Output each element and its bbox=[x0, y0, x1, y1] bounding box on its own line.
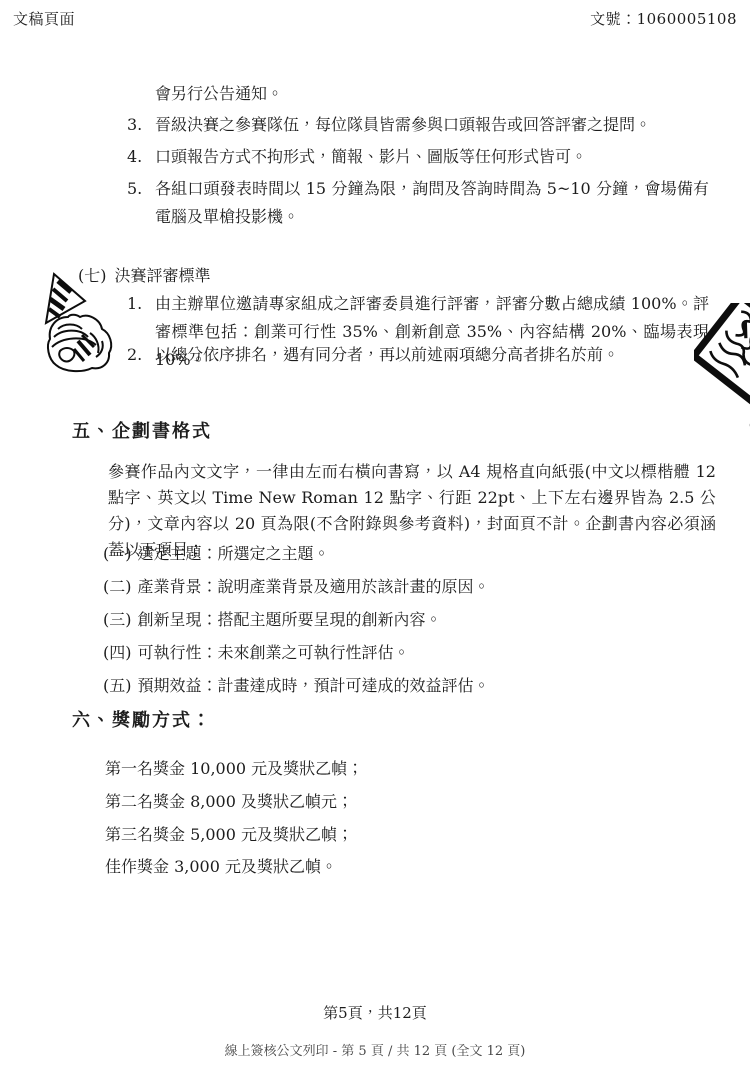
list-item: 3. 晉級決賽之參賽隊伍，每位隊員皆需參與口頭報告或回答評審之提問。 bbox=[127, 111, 709, 139]
prize-line: 佳作獎金 3,000 元及獎狀乙幀。 bbox=[105, 854, 337, 877]
header-doc-number: 文號：1060005108 bbox=[590, 8, 737, 29]
list-item-number: (五) bbox=[103, 672, 132, 700]
list-item-text: 以總分依序排名，遇有同分者，再以前述兩項總分高者排名於前。 bbox=[155, 341, 709, 369]
list-item: (四) 可執行性：未來創業之可執行性評估。 bbox=[103, 639, 410, 667]
list-item: 4. 口頭報告方式不拘形式，簡報、影片、圖版等任何形式皆可。 bbox=[127, 143, 709, 171]
list-item: (二) 產業背景：說明產業背景及適用於該計畫的原因。 bbox=[103, 573, 490, 601]
list-item-text: 創新呈現：搭配主題所要呈現的創新內容。 bbox=[138, 606, 442, 634]
section-heading: 五、企劃書格式 bbox=[72, 417, 212, 443]
prize-line: 第一名獎金 10,000 元及獎狀乙幀； bbox=[105, 756, 363, 779]
header-doc-type: 文稿頁面 bbox=[13, 8, 75, 29]
list-item: (一) 選定主題：所選定之主題。 bbox=[103, 540, 330, 568]
prize-line: 第三名獎金 5,000 元及獎狀乙幀； bbox=[105, 822, 353, 845]
list-item-text: 預期效益：計畫達成時，預計可達成的效益評估。 bbox=[138, 672, 490, 700]
footer-page-number: 第5頁，共12頁 bbox=[0, 1002, 750, 1023]
list-item-number: 3. bbox=[127, 111, 155, 139]
seal-stamp-right-icon bbox=[694, 303, 750, 438]
prize-line: 第二名獎金 8,000 及獎狀乙幀元； bbox=[105, 789, 353, 812]
list-item-number: (三) bbox=[103, 606, 132, 634]
list-item-text: 可執行性：未來創業之可執行性評估。 bbox=[138, 639, 410, 667]
continuation-line: 會另行公告通知。 bbox=[155, 80, 283, 108]
list-item-text: 選定主題：所選定之主題。 bbox=[138, 540, 330, 568]
list-item: (五) 預期效益：計畫達成時，預計可達成的效益評估。 bbox=[103, 672, 490, 700]
footer-print-info: 線上簽核公文列印 - 第 5 頁 / 共 12 頁 (全文 12 頁) bbox=[0, 1040, 750, 1059]
list-item-number: 2. bbox=[127, 341, 155, 369]
list-item-number: 4. bbox=[127, 143, 155, 171]
list-item-text: 產業背景：說明產業背景及適用於該計畫的原因。 bbox=[138, 573, 490, 601]
subsection-title: 決賽評審標準 bbox=[115, 262, 211, 290]
document-page: 文稿頁面 文號：1060005108 會另行公告通知。 3. 晉級決賽之參賽隊伍… bbox=[0, 0, 750, 1065]
list-item-number: (二) bbox=[103, 573, 132, 601]
list-item: 2. 以總分依序排名，遇有同分者，再以前述兩項總分高者排名於前。 bbox=[127, 341, 709, 369]
seal-stamp-left-icon bbox=[38, 271, 116, 375]
list-item-text: 各組口頭發表時間以 15 分鐘為限，詢問及答詢時間為 5~10 分鐘，會場備有電… bbox=[155, 175, 709, 231]
list-item-text: 口頭報告方式不拘形式，簡報、影片、圖版等任何形式皆可。 bbox=[155, 143, 709, 171]
list-item-number: (四) bbox=[103, 639, 132, 667]
list-item-number: (一) bbox=[103, 540, 132, 568]
list-item: (三) 創新呈現：搭配主題所要呈現的創新內容。 bbox=[103, 606, 442, 634]
list-item-text: 晉級決賽之參賽隊伍，每位隊員皆需參與口頭報告或回答評審之提問。 bbox=[155, 111, 709, 139]
list-item-number: 1. bbox=[127, 290, 155, 318]
section-heading: 六、獎勵方式： bbox=[72, 706, 212, 732]
list-item: 5. 各組口頭發表時間以 15 分鐘為限，詢問及答詢時間為 5~10 分鐘，會場… bbox=[127, 175, 709, 231]
list-item-number: 5. bbox=[127, 175, 155, 203]
